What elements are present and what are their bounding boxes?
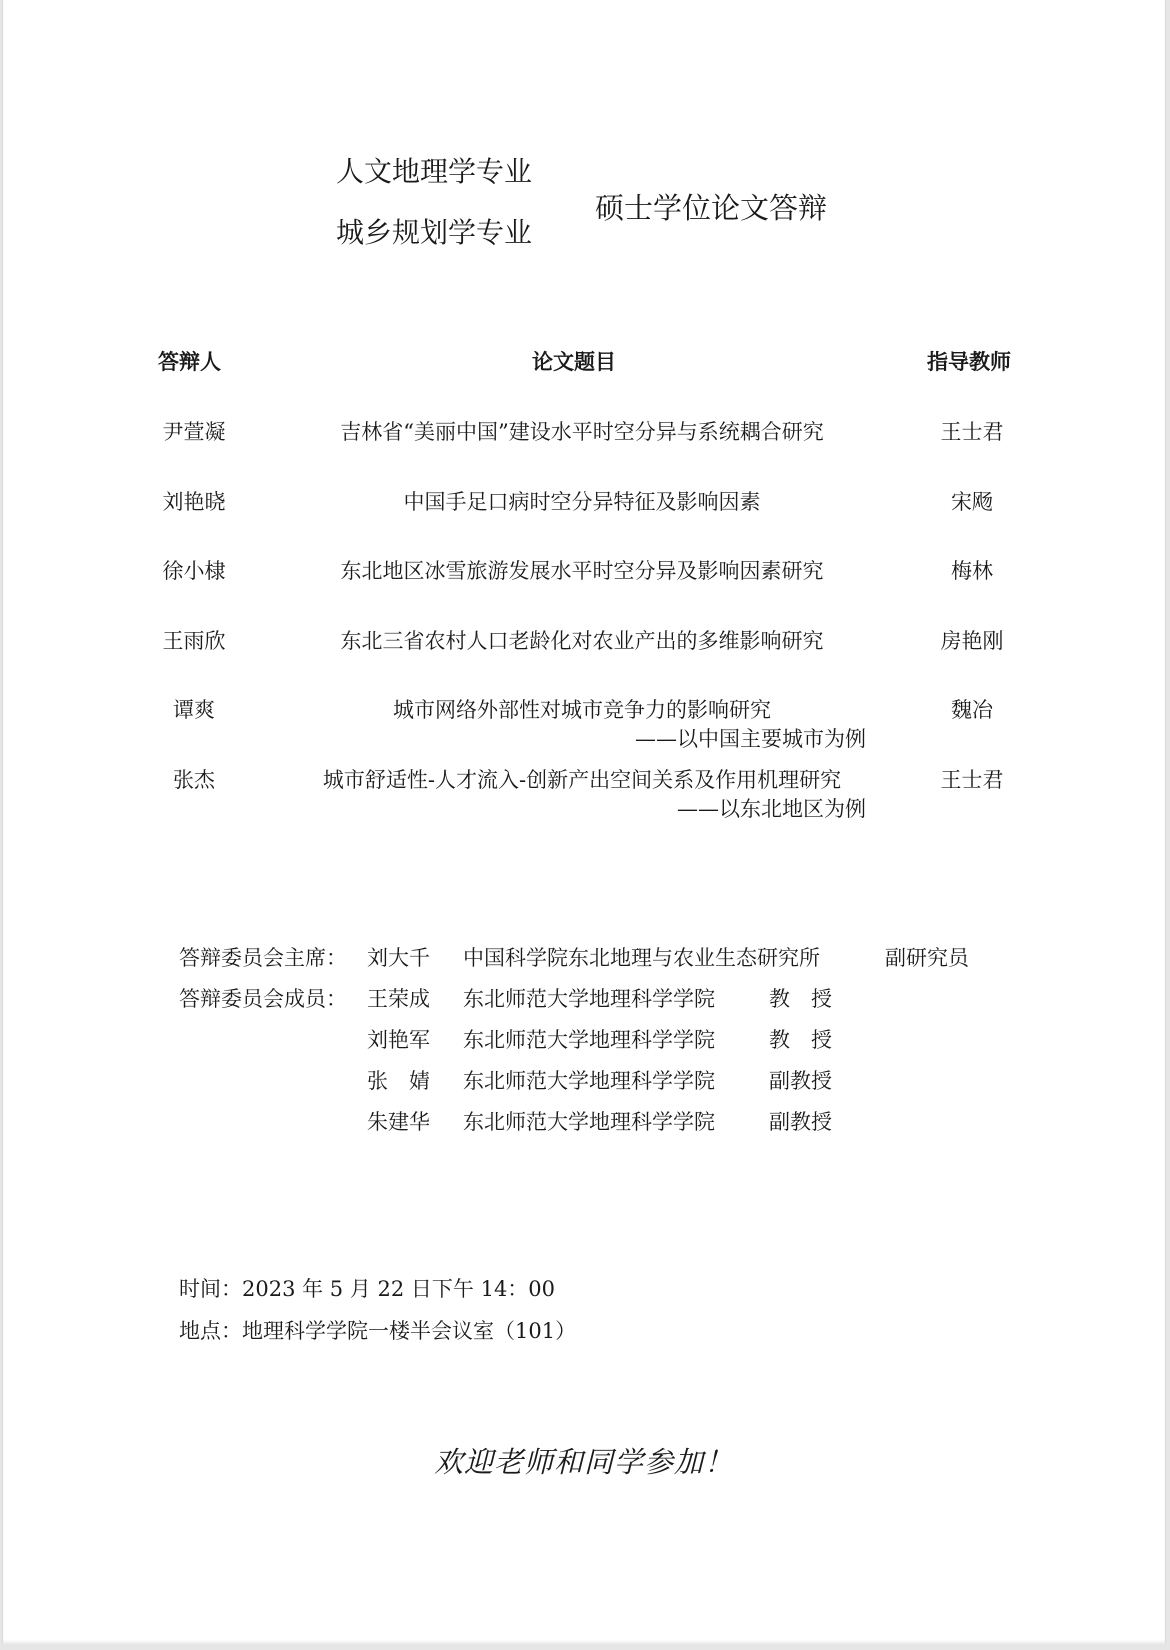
column-header-thesis-title: 论文题目 [532,346,616,376]
committee-member-rank: 教 授 [769,983,832,1013]
event-title: 硕士学位论文答辩 [595,186,827,227]
candidate-name: 徐小棣 [134,555,254,585]
committee-member-rank: 副教授 [769,1065,832,1095]
committee-member-name: 张 婧 [367,1065,430,1095]
advisor-name: 梅林 [912,555,1032,585]
committee-member-name: 朱建华 [367,1106,430,1136]
candidate-name: 张杰 [134,764,254,794]
committee-member-institution: 东北师范大学地理科学学院 [463,1024,715,1054]
defense-location: 地点：地理科学学院一楼半会议室（101） [179,1315,576,1345]
committee-member-name: 刘艳军 [367,1024,430,1054]
advisor-name: 房艳刚 [912,625,1032,655]
committee-member-rank: 副教授 [769,1106,832,1136]
committee-chair-name: 刘大千 [367,942,430,972]
committee-chair-institution: 中国科学院东北地理与农业生态研究所 [463,942,820,972]
candidate-name: 王雨欣 [134,625,254,655]
column-header-candidate: 答辩人 [158,346,221,376]
advisor-name: 王士君 [912,416,1032,446]
thesis-title: 吉林省“美丽中国”建设水平时空分异与系统耦合研究 [252,416,912,446]
committee-member-institution: 东北师范大学地理科学学院 [463,1065,715,1095]
advisor-name: 王士君 [912,764,1032,794]
major-title-human-geography: 人文地理学专业 [336,150,532,190]
committee-member-institution: 东北师范大学地理科学学院 [463,1106,715,1136]
thesis-title: 东北地区冰雪旅游发展水平时空分异及影响因素研究 [252,555,912,585]
committee-chair-label: 答辩委员会主席： [179,942,347,972]
candidate-name: 谭爽 [134,694,254,724]
committee-chair-rank: 副研究员 [885,942,969,972]
committee-member-rank: 教 授 [769,1024,832,1054]
welcome-message: 欢迎老师和同学参加！ [2,1440,1166,1481]
committee-members-label: 答辩委员会成员： [179,983,347,1013]
candidate-name: 尹萱凝 [134,416,254,446]
defense-time: 时间：2023 年 5 月 22 日下午 14：00 [179,1273,555,1303]
thesis-title: 城市网络外部性对城市竞争力的影响研究 [252,694,912,724]
column-header-advisor: 指导教师 [927,346,1011,376]
document-page: 人文地理学专业 城乡规划学专业 硕士学位论文答辩 答辩人 论文题目 指导教师 尹… [2,0,1166,1644]
advisor-name: 宋飏 [912,486,1032,516]
thesis-title: 东北三省农村人口老龄化对农业产出的多维影响研究 [252,625,912,655]
advisor-name: 魏冶 [912,694,1032,724]
thesis-title: 中国手足口病时空分异特征及影响因素 [252,486,912,516]
major-title-urban-planning: 城乡规划学专业 [336,211,532,251]
thesis-subtitle: ——以东北地区为例 [677,793,866,823]
thesis-subtitle: ——以中国主要城市为例 [635,723,866,753]
committee-member-name: 王荣成 [367,983,430,1013]
candidate-name: 刘艳晓 [134,486,254,516]
thesis-title: 城市舒适性-人才流入-创新产出空间关系及作用机理研究 [252,764,912,794]
committee-member-institution: 东北师范大学地理科学学院 [463,983,715,1013]
